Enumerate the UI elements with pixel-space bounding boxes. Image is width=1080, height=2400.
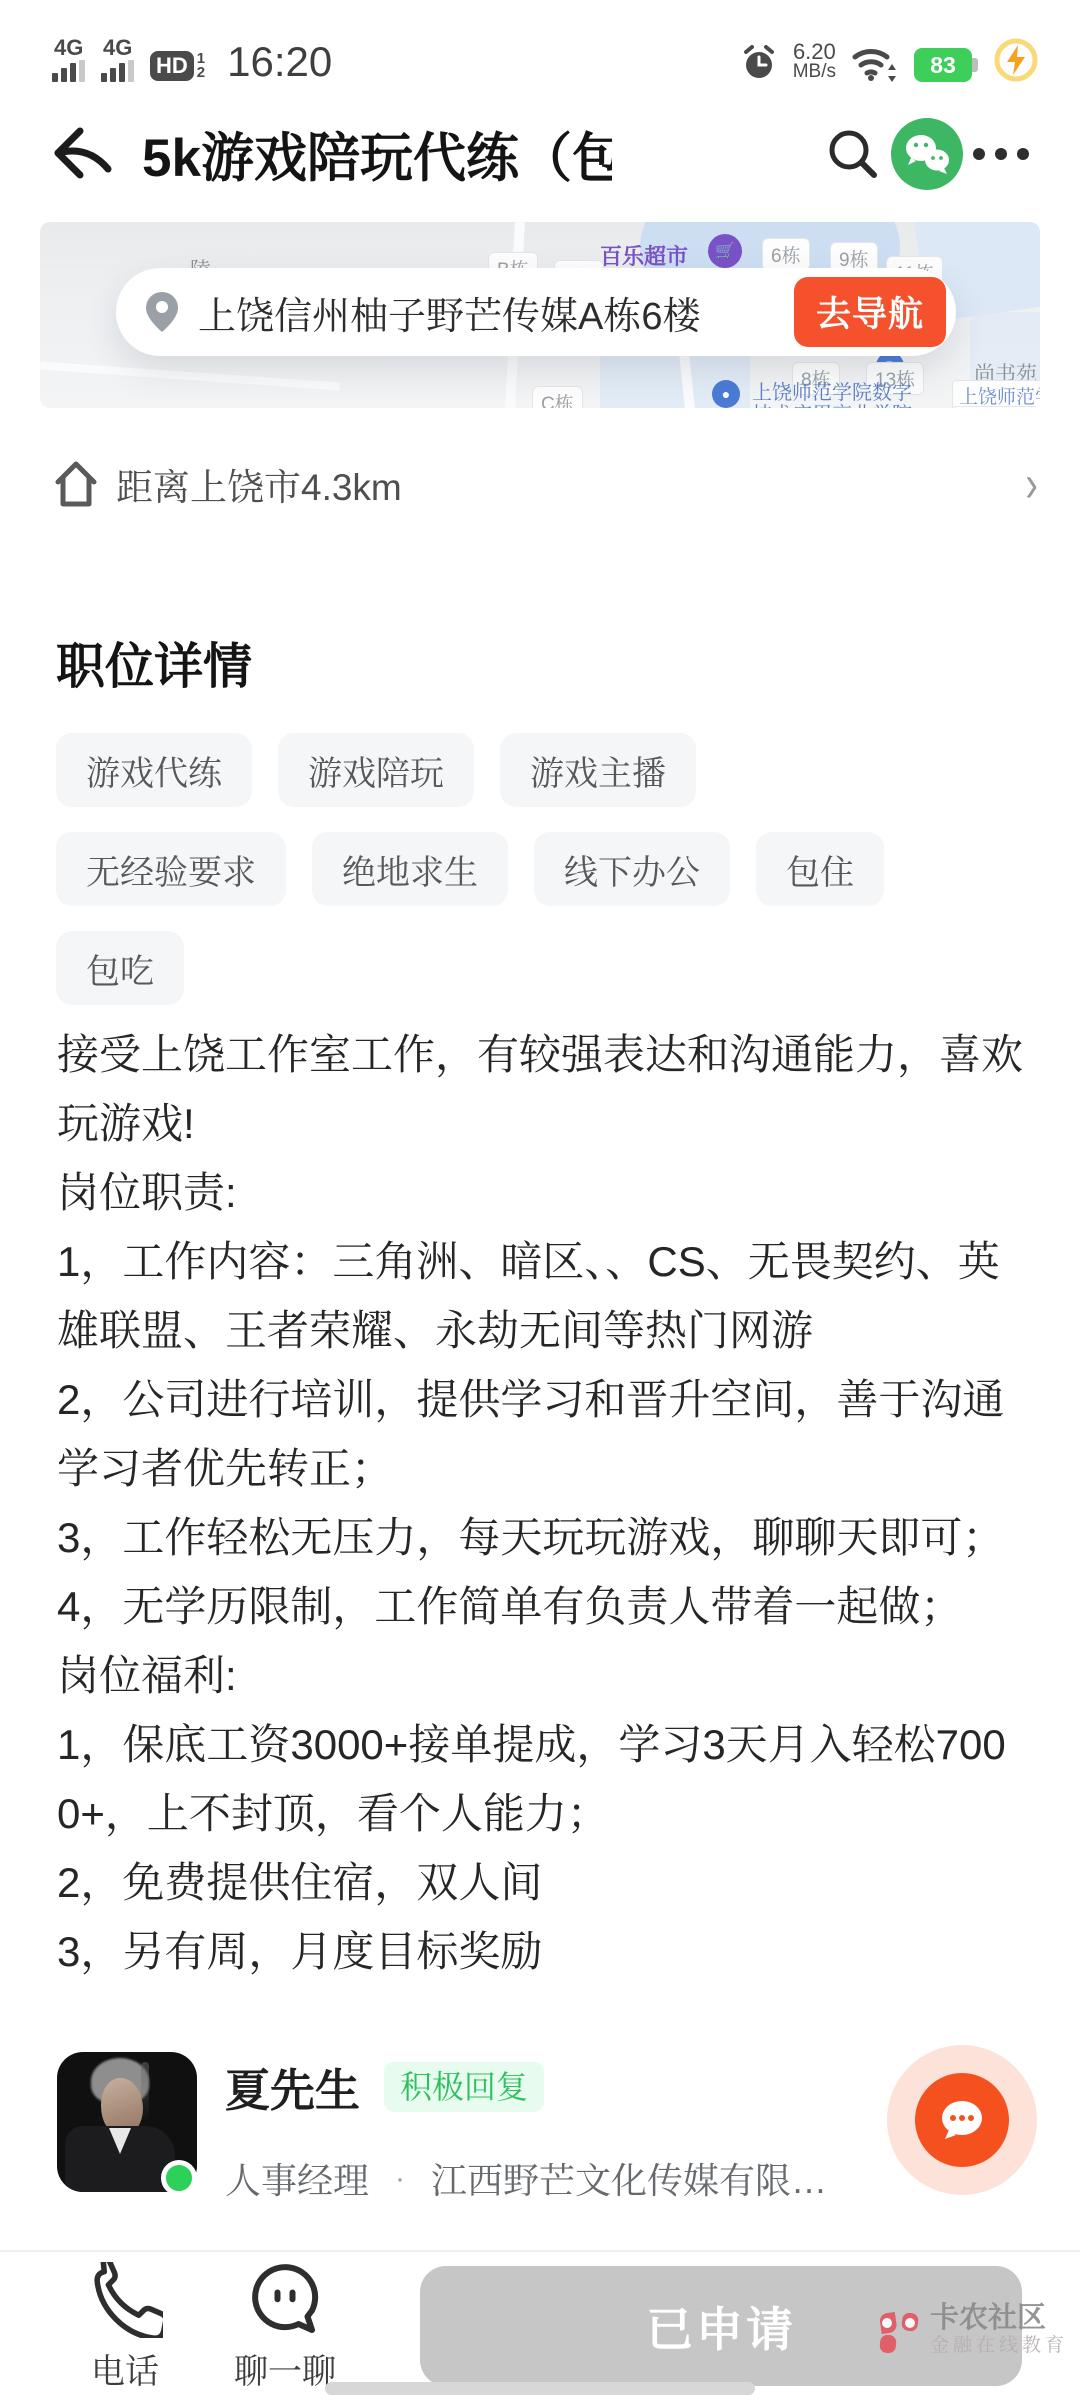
job-tags: 游戏代练游戏陪玩游戏主播无经验要求绝地求生线下办公包住包吃 bbox=[56, 733, 1040, 1005]
job-tag: 绝地求生 bbox=[312, 832, 508, 906]
charging-icon bbox=[994, 38, 1038, 82]
map-label: 6栋 bbox=[762, 238, 810, 271]
phone-icon bbox=[87, 2262, 163, 2338]
recruiter-name: 夏先生 bbox=[225, 2054, 360, 2119]
active-reply-badge: 积极回复 bbox=[384, 2062, 544, 2112]
floating-chat-button[interactable] bbox=[887, 2045, 1037, 2195]
phone-button[interactable]: 电话 bbox=[45, 2262, 205, 2393]
job-description-line: 1，工作内容：三角洲、暗区、、CS、无畏契约、英雄联盟、王者荣耀、永劫无间等热门… bbox=[57, 1227, 1023, 1365]
distance-row[interactable]: 距离上饶市4.3km › bbox=[52, 448, 1040, 520]
job-tag: 游戏代练 bbox=[56, 733, 252, 807]
home-icon bbox=[52, 458, 100, 510]
wifi-icon bbox=[852, 44, 898, 82]
navigate-button[interactable]: 去导航 bbox=[794, 277, 946, 347]
home-indicator[interactable] bbox=[325, 2382, 755, 2395]
map-marker-supermarket: 🛒 bbox=[708, 234, 742, 268]
section-title-job-detail: 职位详情 bbox=[56, 628, 252, 698]
bottom-action-bar: 电话 聊一聊 已申请 卡农社区 金融在线教育 bbox=[0, 2250, 1080, 2400]
header: 5k游戏陪玩代练（包… bbox=[0, 90, 1080, 218]
battery-icon: 83 bbox=[914, 48, 978, 82]
map-label: 百乐超市 bbox=[600, 240, 688, 271]
job-tag: 包吃 bbox=[56, 931, 184, 1005]
network-speed: 6.20 MB/s bbox=[793, 42, 836, 82]
map-label: 尚书苑4号楼 bbox=[952, 406, 1040, 408]
job-description-line: 岗位职责: bbox=[57, 1158, 1023, 1227]
chat-icon bbox=[246, 2262, 324, 2338]
wechat-share-icon[interactable] bbox=[890, 117, 964, 191]
signal-icon-sim2: 4G bbox=[101, 38, 134, 82]
watermark: 卡农社区 金融在线教育 bbox=[876, 2304, 1068, 2360]
recruiter-company: 江西野芒文化传媒有限… bbox=[431, 2153, 827, 2204]
sim1-network-type: 4G bbox=[54, 38, 83, 58]
map-label: C栋 bbox=[532, 386, 583, 408]
watermark-logo bbox=[876, 2309, 922, 2355]
more-options-icon[interactable] bbox=[964, 117, 1038, 191]
chevron-right-icon: › bbox=[1025, 464, 1037, 504]
hd-voice-icon: HD 1 2 bbox=[150, 51, 205, 81]
signal-icon-sim1: 4G bbox=[52, 38, 85, 82]
job-tag: 线下办公 bbox=[534, 832, 730, 906]
job-tag: 游戏主播 bbox=[500, 733, 696, 807]
job-description-line: 4，无学历限制，工作简单有负责人带着一起做； bbox=[57, 1572, 1023, 1641]
job-description-line: 2，公司进行培训，提供学习和晋升空间，善于沟通学习者优先转正； bbox=[57, 1365, 1023, 1503]
job-description-line: 接受上饶工作室工作，有较强表达和沟通能力，喜欢玩游戏! bbox=[57, 1020, 1023, 1158]
job-tag: 包住 bbox=[756, 832, 884, 906]
online-status-dot bbox=[161, 2160, 197, 2196]
map-label: 上饶师范学院 bbox=[952, 380, 1040, 408]
location-map[interactable]: 🛒 B B ● 陵B栋A栋百乐超市6栋9栋11栋8栋13栋C栋尚书苑上饶师范学院… bbox=[40, 222, 1040, 408]
status-bar: 4G 4G HD 1 2 16:20 6.20 MB/s bbox=[0, 0, 1080, 90]
sim2-network-type: 4G bbox=[103, 38, 132, 58]
job-description-line: 3，另有周，月度目标奖励 bbox=[57, 1917, 1023, 1986]
job-description-line: 2，免费提供住宿，双人间 bbox=[57, 1848, 1023, 1917]
alarm-icon bbox=[741, 44, 777, 82]
clock-time: 16:20 bbox=[227, 42, 332, 82]
job-tag: 游戏陪玩 bbox=[278, 733, 474, 807]
recruiter-role: 人事经理 bbox=[225, 2153, 369, 2204]
location-pin-icon bbox=[144, 290, 180, 334]
map-label: 技术应用产业学院 bbox=[752, 398, 912, 408]
dot-separator: · bbox=[395, 2162, 405, 2196]
chat-button[interactable]: 聊一聊 bbox=[205, 2262, 365, 2393]
page-title: 5k游戏陪玩代练（包… bbox=[142, 116, 612, 192]
job-tag: 无经验要求 bbox=[56, 832, 286, 906]
distance-text: 距离上饶市4.3km bbox=[116, 457, 1023, 511]
job-description-line: 1，保底工资3000+接单提成，学习3天月入轻松7000+，上不封顶，看个人能力… bbox=[57, 1710, 1023, 1848]
map-marker-school: ● bbox=[712, 380, 740, 408]
job-description-line: 岗位福利: bbox=[57, 1641, 1023, 1710]
address-bar[interactable]: 上饶信州柚子野芒传媒A栋6楼 去导航 bbox=[116, 268, 956, 356]
job-description: 接受上饶工作室工作，有较强表达和沟通能力，喜欢玩游戏!岗位职责:1，工作内容：三… bbox=[57, 1020, 1023, 1986]
search-icon[interactable] bbox=[816, 117, 890, 191]
address-text: 上饶信州柚子野芒传媒A栋6楼 bbox=[198, 285, 794, 340]
back-button[interactable] bbox=[50, 119, 120, 189]
job-description-line: 3，工作轻松无压力，每天玩玩游戏，聊聊天即可； bbox=[57, 1503, 1023, 1572]
chat-bubble-icon bbox=[915, 2073, 1009, 2167]
